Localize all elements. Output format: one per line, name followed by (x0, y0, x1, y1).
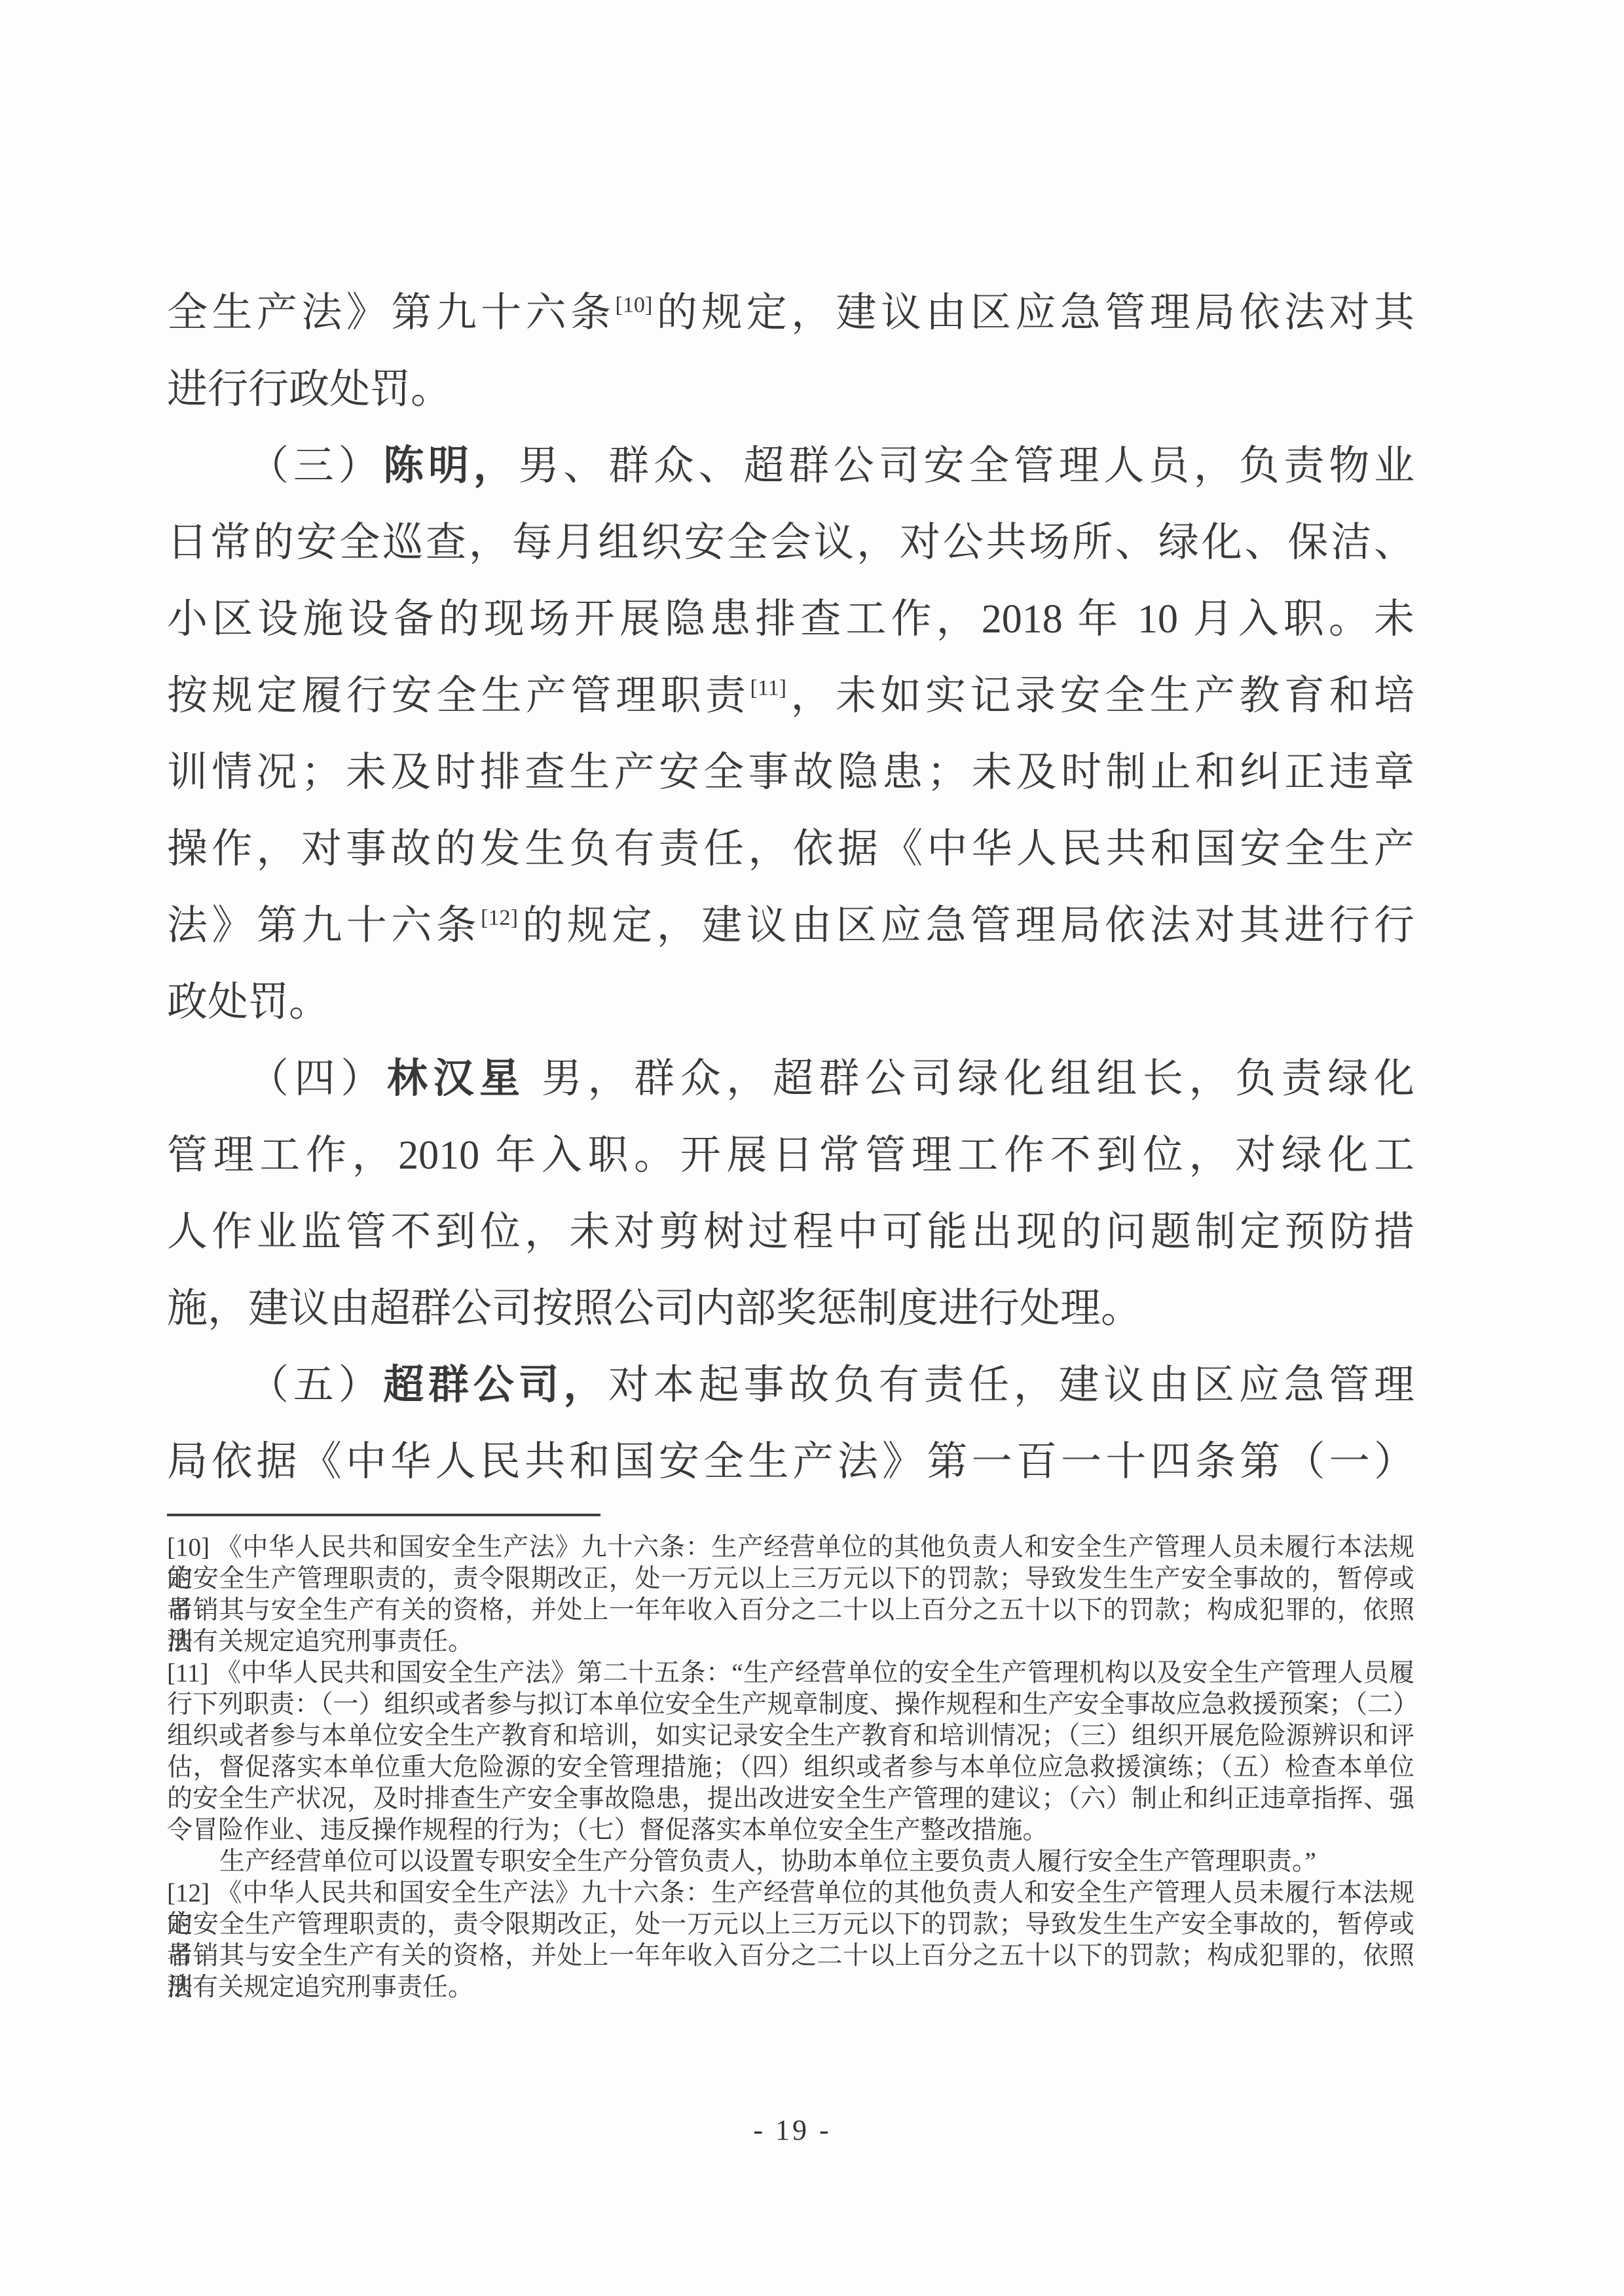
footnote-text-line: 估，督促落实本单位重大危险源的安全管理措施；（四）组织或者参与本单位应急救援演练… (167, 1752, 1414, 1783)
footnote-text-line: 的安全生产状况，及时排查生产安全事故隐患，提出改进安全生产管理的建议；（六）制止… (167, 1783, 1414, 1815)
text-segment: 对本起事故负有责任，建议由区应急管理 (608, 1363, 1414, 1408)
text-segment: （五） (248, 1363, 383, 1408)
text-segment: 的规定，建议由区应急管理局依法对其进行行 (518, 903, 1414, 948)
footnote-text-line: 组织或者参与本单位安全生产教育和培训，如实记录安全生产教育和培训情况；（三）组织… (167, 1721, 1414, 1752)
body-text-line: 日常的安全巡查，每月组织安全会议，对公共场所、绿化、保洁、 (167, 505, 1414, 581)
text-segment: 法有关规定追究刑事责任。 (167, 1628, 473, 1656)
text-segment: 局依据《中华人民共和国安全生产法》第一百一十四条第（一） (167, 1440, 1414, 1484)
body-text-line: 按规定履行安全生产管理职责[11]，未如实记录安全生产教育和培 (167, 658, 1414, 735)
footnote-text-line: 法有关规定追究刑事责任。 (167, 1626, 1414, 1658)
footnote-text-line: 生产经营单位可以设置专职安全生产分管负责人，协助本单位主要负责人履行安全生产管理… (167, 1846, 1414, 1878)
body-text: 全生产法》第九十六条[10]的规定，建议由区应急管理局依法对其进行行政处罚。（三… (167, 275, 1414, 1501)
footnotes: [10] 《中华人民共和国安全生产法》九十六条：生产经营单位的其他负责人和安全生… (167, 1532, 1414, 2003)
body-text-line: 全生产法》第九十六条[10]的规定，建议由区应急管理局依法对其 (167, 275, 1414, 352)
document-page: 全生产法》第九十六条[10]的规定，建议由区应急管理局依法对其进行行政处罚。（三… (0, 0, 1624, 2296)
footnote-ref: [12] (481, 905, 518, 930)
page-number: - 19 - (0, 2113, 1585, 2147)
body-text-line: 小区设施设备的现场开展隐患排查工作，2018 年 10 月入职。未 (167, 581, 1414, 658)
body-text-line: 操作，对事故的发生负有责任，依据《中华人民共和国安全生产 (167, 811, 1414, 888)
body-text-line: 法》第九十六条[12]的规定，建议由区应急管理局依法对其进行行 (167, 888, 1414, 964)
footnote-text-line: 令冒险作业、违反操作规程的行为；（七）督促落实本单位安全生产整改措施。 (167, 1815, 1414, 1846)
text-segment: 小区设施设备的现场开展隐患排查工作，2018 年 10 月入职。未 (167, 597, 1414, 642)
text-segment: 组织或者参与本单位安全生产教育和培训，如实记录安全生产教育和培训情况；（三）组织… (167, 1722, 1414, 1750)
text-segment: 法有关规定追究刑事责任。 (167, 1973, 473, 2001)
text-segment: 训情况；未及时排查生产安全事故隐患；未及时制止和纠正违章 (167, 750, 1414, 795)
body-text-line: 人作业监管不到位，未对剪树过程中可能出现的问题制定预防措 (167, 1194, 1414, 1271)
body-text-line: （三）陈明，男、群众、超群公司安全管理人员，负责物业 (167, 428, 1414, 505)
text-segment: （四） (248, 1057, 387, 1101)
text-segment: 超群公司， (383, 1363, 608, 1408)
footnote-text-line: 吊销其与安全生产有关的资格，并处上一年年收入百分之二十以上百分之五十以下的罚款；… (167, 1941, 1414, 1972)
text-segment: 的安全生产状况，及时排查生产安全事故隐患，提出改进安全生产管理的建议；（六）制止… (167, 1785, 1414, 1813)
body-text-line: （五）超群公司，对本起事故负有责任，建议由区应急管理 (167, 1347, 1414, 1424)
text-segment: 林汉星 (387, 1057, 526, 1101)
footnote-ref: [10] (616, 293, 653, 317)
footnote-text-line: 吊销其与安全生产有关的资格，并处上一年年收入百分之二十以上百分之五十以下的罚款；… (167, 1595, 1414, 1626)
text-segment: [11] 《中华人民共和国安全生产法》第二十五条：“生产经营单位的安全生产管理机… (167, 1659, 1414, 1687)
text-segment: 管理工作，2010 年入职。开展日常管理工作不到位，对绿化工 (167, 1133, 1414, 1178)
text-segment: 令冒险作业、违反操作规程的行为；（七）督促落实本单位安全生产整改措施。 (167, 1816, 1048, 1844)
text-segment: 政处罚。 (167, 980, 329, 1025)
body-text-line: （四）林汉星 男，群众，超群公司绿化组组长，负责绿化 (167, 1041, 1414, 1118)
footnote-text-line: 行下列职责：（一）组织或者参与拟订本单位安全生产规章制度、操作规程和生产安全事故… (167, 1689, 1414, 1721)
text-segment: ，未如实记录安全生产教育和培 (786, 674, 1414, 718)
text-segment: 进行行政处罚。 (167, 367, 451, 412)
text-segment: 的规定，建议由区应急管理局依法对其 (652, 291, 1414, 335)
text-segment: 行下列职责：（一）组织或者参与拟订本单位安全生产规章制度、操作规程和生产安全事故… (167, 1690, 1418, 1719)
text-segment: 估，督促落实本单位重大危险源的安全管理措施；（四）组织或者参与本单位应急救援演练… (167, 1753, 1414, 1781)
footnote-ref: [11] (750, 676, 786, 700)
text-segment: 日常的安全巡查，每月组织安全会议，对公共场所、绿化、保洁、 (167, 520, 1414, 565)
text-segment: （三） (248, 444, 383, 488)
footnote-text-line: [12] 《中华人民共和国安全生产法》九十六条：生产经营单位的其他负责人和安全生… (167, 1878, 1414, 1909)
footnote-text-line: 的安全生产管理职责的，责令限期改正，处一万元以上三万元以下的罚款；导致发生生产安… (167, 1563, 1414, 1595)
body-text-line: 管理工作，2010 年入职。开展日常管理工作不到位，对绿化工 (167, 1118, 1414, 1194)
footnote-text-line: [11] 《中华人民共和国安全生产法》第二十五条：“生产经营单位的安全生产管理机… (167, 1658, 1414, 1689)
footnote-text-line: 法有关规定追究刑事责任。 (167, 1972, 1414, 2003)
text-segment: 男、群众、超群公司安全管理人员，负责物业 (519, 444, 1414, 488)
text-segment: 陈明， (383, 444, 518, 488)
body-text-line: 局依据《中华人民共和国安全生产法》第一百一十四条第（一） (167, 1424, 1414, 1501)
text-segment: 法》第九十六条 (167, 903, 481, 948)
text-segment: 人作业监管不到位，未对剪树过程中可能出现的问题制定预防措 (167, 1210, 1414, 1254)
body-text-line: 训情况；未及时排查生产安全事故隐患；未及时制止和纠正违章 (167, 735, 1414, 811)
text-segment: 全生产法》第九十六条 (167, 291, 616, 335)
text-segment: 生产经营单位可以设置专职安全生产分管负责人，协助本单位主要负责人履行安全生产管理… (219, 1848, 1316, 1876)
body-text-line: 施，建议由超群公司按照公司内部奖惩制度进行处理。 (167, 1271, 1414, 1347)
footnote-text-line: [10] 《中华人民共和国安全生产法》九十六条：生产经营单位的其他负责人和安全生… (167, 1532, 1414, 1563)
text-segment: 施，建议由超群公司按照公司内部奖惩制度进行处理。 (167, 1286, 1141, 1331)
text-segment: 操作，对事故的发生负有责任，依据《中华人民共和国安全生产 (167, 827, 1414, 871)
body-text-line: 政处罚。 (167, 964, 1414, 1041)
text-segment: 按规定履行安全生产管理职责 (167, 674, 750, 718)
text-segment: 男，群众，超群公司绿化组组长，负责绿化 (526, 1057, 1414, 1101)
footnote-separator (167, 1514, 600, 1516)
body-text-line: 进行行政处罚。 (167, 352, 1414, 428)
footnote-text-line: 的安全生产管理职责的，责令限期改正，处一万元以上三万元以下的罚款；导致发生生产安… (167, 1909, 1414, 1941)
